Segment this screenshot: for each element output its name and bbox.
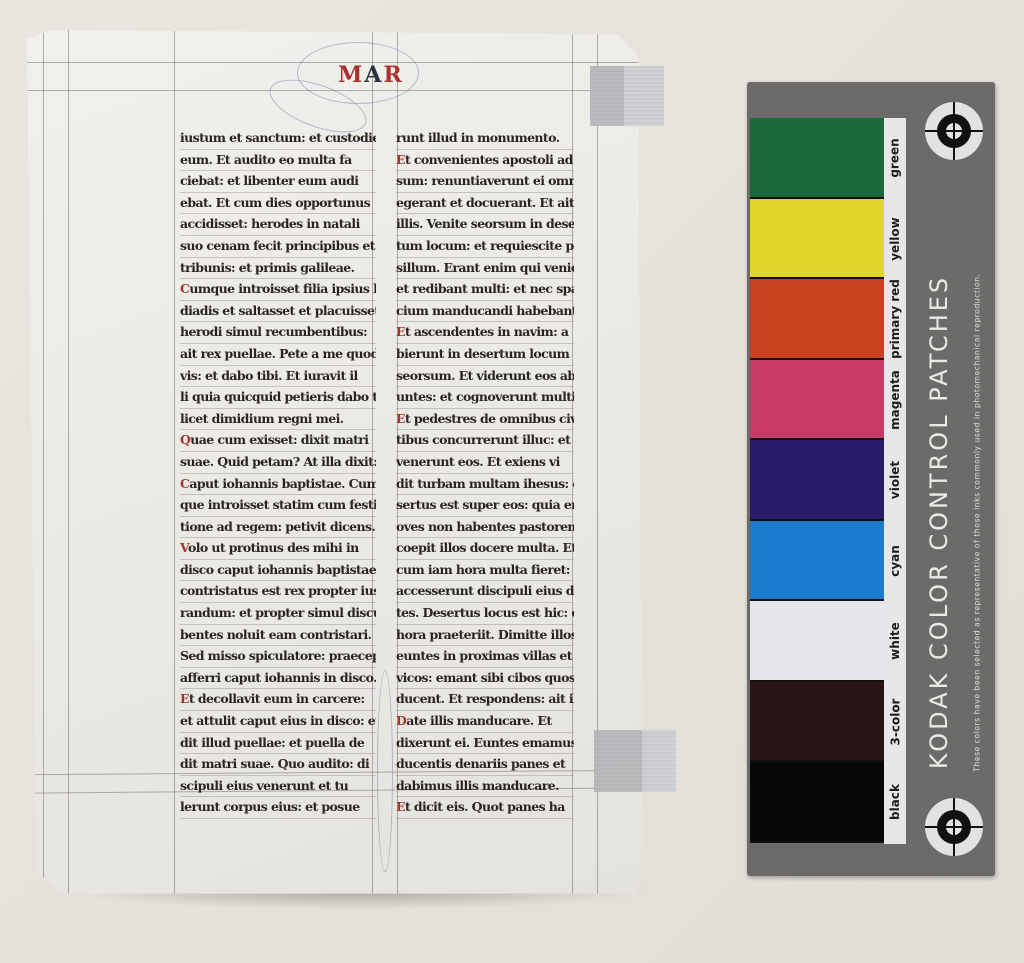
- heading-letter: A: [364, 62, 383, 88]
- text-line: ait rex puellae. Pete a me quod: [180, 344, 376, 366]
- text-line: Sed misso spiculatore: praecepit: [180, 646, 376, 668]
- text-line: venerunt eos. Et exiens vi: [396, 452, 574, 474]
- text-line: li quia quicquid petieris dabo tibi:: [180, 387, 376, 409]
- text-line: tibus concurrerunt illuc: et prae: [396, 430, 574, 452]
- text-line: diadis et saltasset et placuisset: [180, 301, 376, 323]
- text-line: accesserunt discipuli eius dicen: [396, 581, 574, 603]
- text-column-left: iustum et sanctum: et custodiebateum. Et…: [180, 128, 376, 819]
- patch-label: primary red: [884, 279, 906, 360]
- text-line: oves non habentes pastorem. Et: [396, 517, 574, 539]
- text-line: Et pedestres de omnibus civita: [396, 409, 574, 431]
- text-line: que introisset statim cum festina: [180, 495, 376, 517]
- text-line: et redibant multi: et nec spa: [396, 279, 574, 301]
- text-line: scipuli eius venerunt et tu: [180, 776, 376, 798]
- patch-label: magenta: [884, 360, 906, 441]
- patch-label: green: [884, 118, 906, 199]
- text-line: egerant et docuerant. Et ait: [396, 193, 574, 215]
- text-line: cium manducandi habebant.: [396, 301, 574, 323]
- text-line: disco caput iohannis baptistae. Et: [180, 560, 376, 582]
- text-line: accidisset: herodes in natali: [180, 214, 376, 236]
- text-line: bentes noluit eam contristari.: [180, 625, 376, 647]
- text-line: dit illud puellae: et puella de: [180, 733, 376, 755]
- color-patch-primary-red: [750, 279, 884, 360]
- text-line: Et dicit eis. Quot panes ha: [396, 797, 574, 819]
- card-title: KODAK COLOR CONTROL PATCHES: [919, 242, 959, 802]
- text-line: Cumque introisset filia ipsius hero: [180, 279, 376, 301]
- text-line: vis: et dabo tibi. Et iuravit il: [180, 366, 376, 388]
- text-line: randum: et propter simul discum: [180, 603, 376, 625]
- ruling-line: [43, 30, 44, 898]
- text-line: seorsum. Et viderunt eos abe: [396, 366, 574, 388]
- text-line: illis. Venite seorsum in deser: [396, 214, 574, 236]
- patch-label: white: [884, 601, 906, 682]
- ruling-line: [174, 30, 175, 898]
- text-line: dixerunt ei. Euntes emamus: [396, 733, 574, 755]
- text-line: Et ascendentes in navim: a: [396, 322, 574, 344]
- text-column-right: runt illud in monumento.Et convenientes …: [396, 128, 574, 819]
- text-line: sillum. Erant enim qui veniebant: [396, 258, 574, 280]
- text-line: runt illud in monumento.: [396, 128, 574, 150]
- text-line: bierunt in desertum locum: [396, 344, 574, 366]
- text-line: ducent. Et respondens: ait illis.: [396, 689, 574, 711]
- text-line: untes: et cognoverunt multi.: [396, 387, 574, 409]
- color-patch-3-color: [750, 682, 884, 763]
- text-line: Caput iohannis baptistae. Cum: [180, 474, 376, 496]
- color-patch-violet: [750, 440, 884, 521]
- color-patch-green: [750, 118, 884, 199]
- mounting-tape-top: [590, 66, 664, 126]
- text-line: tribunis: et primis galileae.: [180, 258, 376, 280]
- text-line: cum iam hora multa fieret:: [396, 560, 574, 582]
- pen-flourish: [377, 670, 393, 872]
- text-line: Volo ut protinus des mihi in: [180, 538, 376, 560]
- text-line: afferri caput iohannis in disco.: [180, 668, 376, 690]
- ruling-line: [68, 30, 69, 898]
- text-line: ducentis denariis panes et: [396, 754, 574, 776]
- text-line: euntes in proximas villas et: [396, 646, 574, 668]
- registration-target-icon: [925, 102, 983, 160]
- text-line: tes. Desertus locus est hic: et iam: [396, 603, 574, 625]
- text-line: suo cenam fecit principibus et: [180, 236, 376, 258]
- text-line: sertus est super eos: quia erant sicut: [396, 495, 574, 517]
- text-line: lerunt corpus eius: et posue: [180, 797, 376, 819]
- text-line: eum. Et audito eo multa fa: [180, 150, 376, 172]
- patch-label: yellow: [884, 199, 906, 280]
- text-line: sum: renuntiaverunt ei omnia quae: [396, 171, 574, 193]
- text-line: dabimus illis manducare.: [396, 776, 574, 798]
- text-line: Date illis manducare. Et: [396, 711, 574, 733]
- mounting-tape-bottom: [594, 730, 676, 792]
- text-line: Et decollavit eum in carcere:: [180, 689, 376, 711]
- card-subtitle: These colors have been selected as repre…: [969, 232, 985, 812]
- text-line: herodi simul recumbentibus:: [180, 322, 376, 344]
- running-heading: MAR: [338, 62, 404, 88]
- text-line: dit matri suae. Quo audito: di: [180, 754, 376, 776]
- text-line: iustum et sanctum: et custodiebat: [180, 128, 376, 150]
- text-line: suae. Quid petam? At illa dixit:: [180, 452, 376, 474]
- text-line: hora praeteriit. Dimitte illos ut: [396, 625, 574, 647]
- text-line: tione ad regem: petivit dicens.: [180, 517, 376, 539]
- text-line: tum locum: et requiescite pu: [396, 236, 574, 258]
- text-line: et attulit caput eius in disco: et de: [180, 711, 376, 733]
- heading-letter: M: [338, 62, 364, 88]
- color-patch-black: [750, 762, 884, 843]
- patch-label: black: [884, 762, 906, 843]
- patch-label: cyan: [884, 521, 906, 602]
- text-line: coepit illos docere multa. Et: [396, 538, 574, 560]
- text-line: vicos: emant sibi cibos quos man: [396, 668, 574, 690]
- text-line: contristatus est rex propter iusiu: [180, 581, 376, 603]
- color-patch-cyan: [750, 521, 884, 602]
- text-line: licet dimidium regni mei.: [180, 409, 376, 431]
- text-line: ciebat: et libenter eum audi: [180, 171, 376, 193]
- text-line: Quae cum exisset: dixit matri: [180, 430, 376, 452]
- patch-label: 3-color: [884, 682, 906, 763]
- color-patch-magenta: [750, 360, 884, 441]
- text-line: Et convenientes apostoli ad ihe: [396, 150, 574, 172]
- text-line: ebat. Et cum dies opportunus: [180, 193, 376, 215]
- color-patch-white: [750, 601, 884, 682]
- patch-label: violet: [884, 440, 906, 521]
- text-line: dit turbam multam ihesus: et mi: [396, 474, 574, 496]
- kodak-color-card: greenyellowprimary redmagentavioletcyanw…: [747, 82, 995, 876]
- color-patch-yellow: [750, 199, 884, 280]
- heading-letter: R: [383, 62, 403, 88]
